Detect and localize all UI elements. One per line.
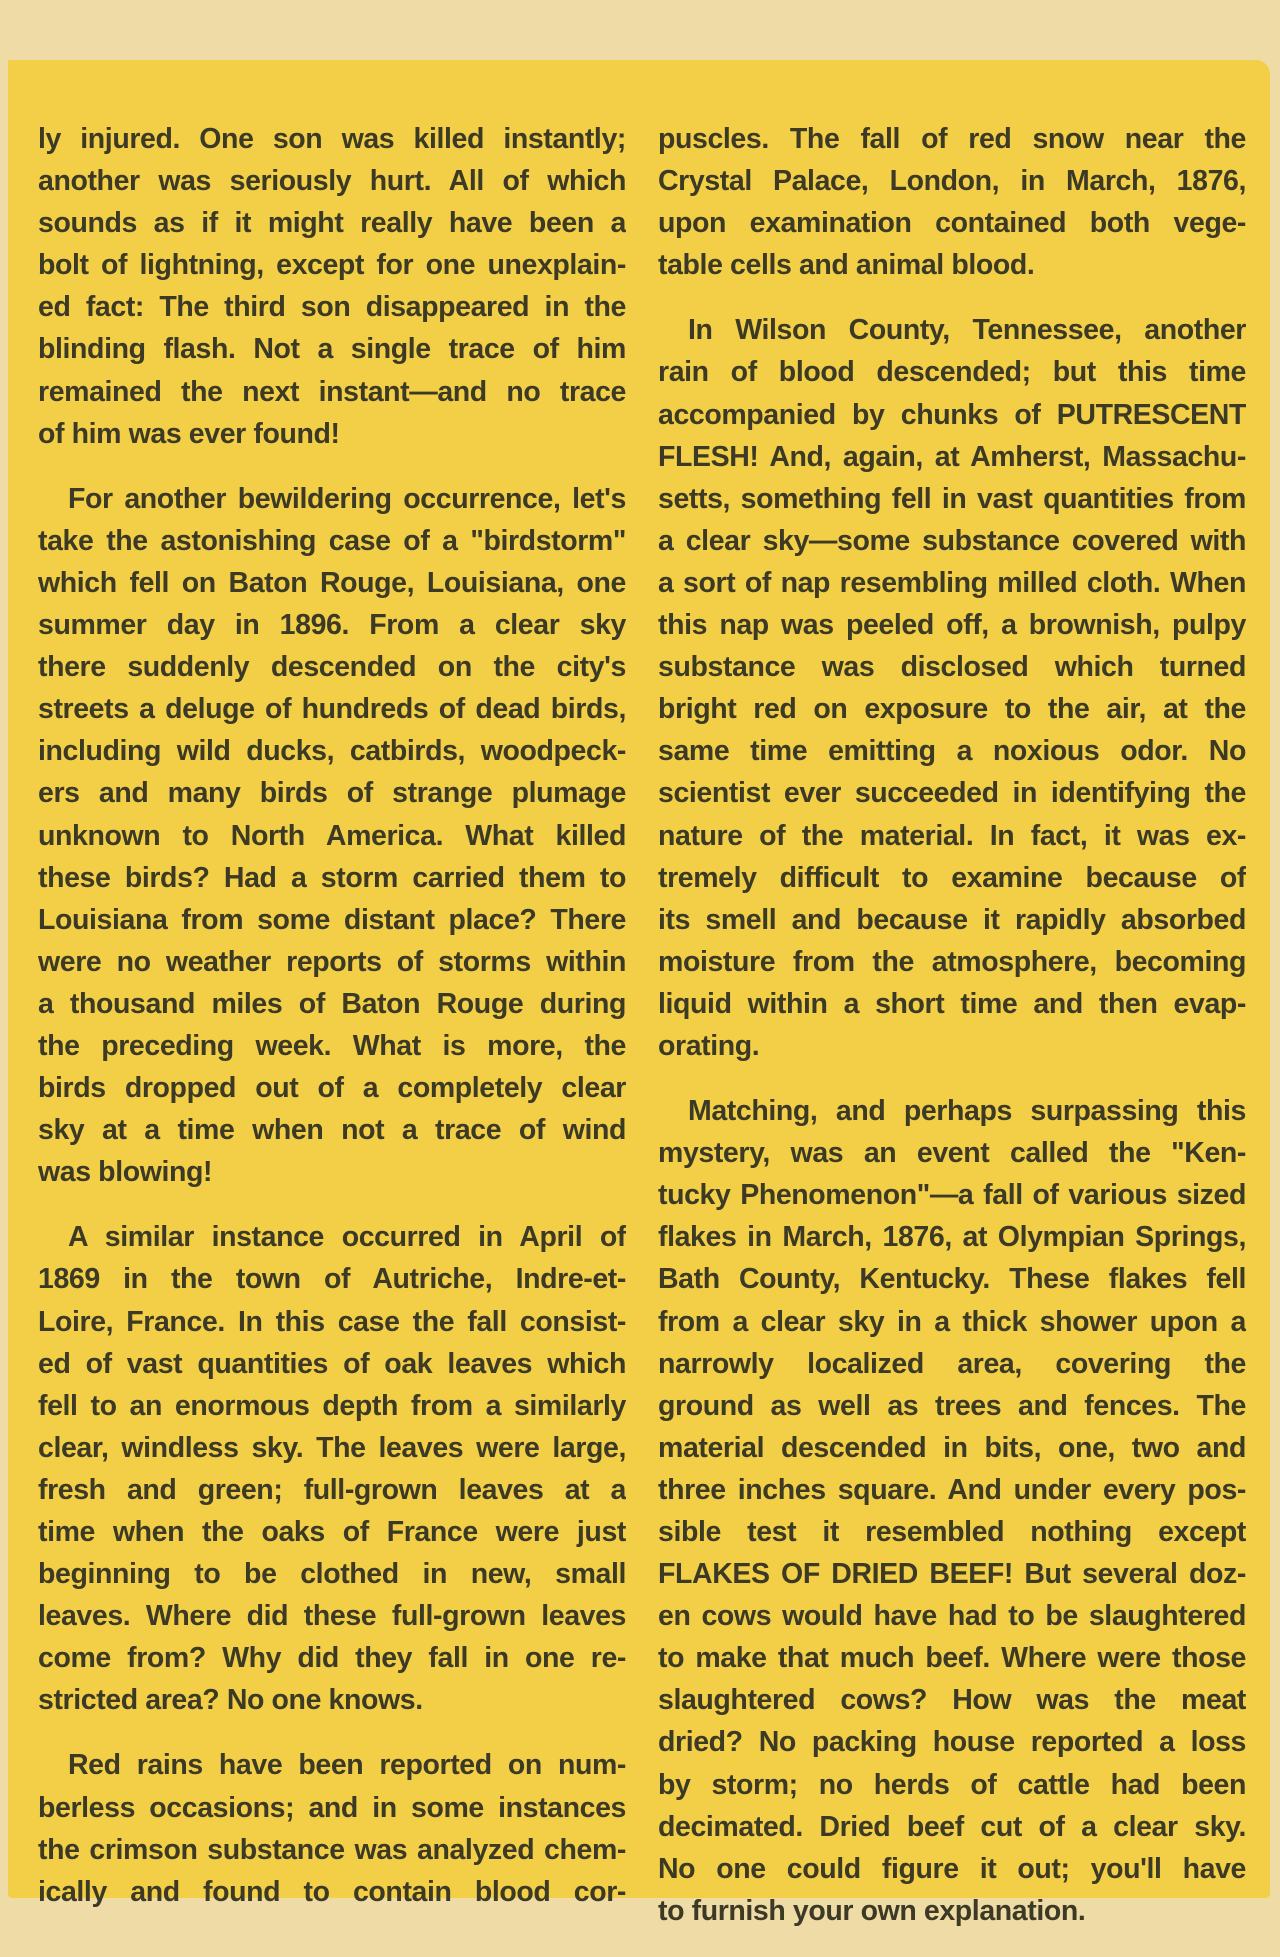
text-line: narrowly localized area, covering the — [658, 1343, 1246, 1385]
text-line: nature of the material. In fact, it was … — [658, 815, 1246, 857]
text-line: bolt of lightning, except for one unexpl… — [38, 244, 626, 286]
text-line: tremely difficult to examine because of — [658, 857, 1246, 899]
text-line: dried? No packing house reported a loss — [658, 1721, 1246, 1763]
text-line: Crystal Palace, London, in March, 1876, — [658, 160, 1246, 202]
article-paragraph: puscles. The fall of red snow near theCr… — [658, 118, 1246, 286]
text-line: fell to an enormous depth from a similar… — [38, 1385, 626, 1427]
text-line: the preceding week. What is more, the — [38, 1025, 626, 1067]
text-line: blinding flash. Not a single trace of hi… — [38, 328, 626, 370]
text-line: time when the oaks of France were just — [38, 1511, 626, 1553]
text-line: FLESH! And, again, at Amherst, Massachu- — [658, 436, 1246, 478]
text-line: substance was disclosed which turned — [658, 646, 1246, 688]
text-line: including wild ducks, catbirds, woodpeck… — [38, 730, 626, 772]
article-paragraph: ly injured. One son was killed instantly… — [38, 118, 626, 455]
text-line: liquid within a short time and then evap… — [658, 983, 1246, 1025]
text-line: take the astonishing case of a "birdstor… — [38, 520, 626, 562]
text-line: this nap was peeled off, a brownish, pul… — [658, 604, 1246, 646]
text-line: Bath County, Kentucky. These flakes fell — [658, 1258, 1246, 1300]
article-paragraph: Matching, and perhaps surpassing thismys… — [658, 1090, 1246, 1932]
article-panel: ly injured. One son was killed instantly… — [8, 60, 1270, 1898]
text-line: Matching, and perhaps surpassing this — [658, 1090, 1246, 1132]
text-line: a thousand miles of Baton Rouge during — [38, 983, 626, 1025]
text-line: tucky Phenomenon"—a fall of various size… — [658, 1174, 1246, 1216]
text-line: A similar instance occurred in April of — [38, 1216, 626, 1258]
text-line: the crimson substance was analyzed chem- — [38, 1829, 626, 1871]
text-line: upon examination contained both vege- — [658, 202, 1246, 244]
text-line: 1869 in the town of Autriche, Indre-et- — [38, 1258, 626, 1300]
text-line: clear, windless sky. The leaves were lar… — [38, 1427, 626, 1469]
left-column: ly injured. One son was killed instantly… — [38, 118, 626, 1936]
text-line: decimated. Dried beef cut of a clear sky… — [658, 1806, 1246, 1848]
text-line: to make that much beef. Where were those — [658, 1637, 1246, 1679]
text-line: its smell and because it rapidly absorbe… — [658, 899, 1246, 941]
text-line: was blowing! — [38, 1151, 626, 1193]
text-line: Red rains have been reported on num- — [38, 1744, 626, 1786]
text-line: FLAKES OF DRIED BEEF! But several doz- — [658, 1553, 1246, 1595]
text-line: same time emitting a noxious odor. No — [658, 730, 1246, 772]
text-line: ed of vast quantities of oak leaves whic… — [38, 1343, 626, 1385]
text-line: mystery, was an event called the "Ken- — [658, 1132, 1246, 1174]
text-line: by storm; no herds of cattle had been — [658, 1764, 1246, 1806]
text-line: remained the next instant—and no trace — [38, 371, 626, 413]
text-line: beginning to be clothed in new, small — [38, 1553, 626, 1595]
text-line: material descended in bits, one, two and — [658, 1427, 1246, 1469]
text-line: leaves. Where did these full-grown leave… — [38, 1595, 626, 1637]
text-line: were no weather reports of storms within — [38, 941, 626, 983]
text-line: summer day in 1896. From a clear sky — [38, 604, 626, 646]
text-line: three inches square. And under every pos… — [658, 1469, 1246, 1511]
text-line: ers and many birds of strange plumage — [38, 772, 626, 814]
text-line: Louisiana from some distant place? There — [38, 899, 626, 941]
text-line: which fell on Baton Rouge, Louisiana, on… — [38, 562, 626, 604]
text-line: another was seriously hurt. All of which — [38, 160, 626, 202]
article-paragraph: Red rains have been reported on num-berl… — [38, 1744, 626, 1912]
text-line: these birds? Had a storm carried them to — [38, 857, 626, 899]
text-line: No one could figure it out; you'll have — [658, 1848, 1246, 1890]
text-line: sounds as if it might really have been a — [38, 202, 626, 244]
text-line: streets a deluge of hundreds of dead bir… — [38, 688, 626, 730]
text-line: ed fact: The third son disappeared in th… — [38, 286, 626, 328]
text-line: en cows would have had to be slaughtered — [658, 1595, 1246, 1637]
text-line: accompanied by chunks of PUTRESCENT — [658, 394, 1246, 436]
text-line: rain of blood descended; but this time — [658, 351, 1246, 393]
text-line: orating. — [658, 1025, 1246, 1067]
text-line: scientist ever succeeded in identifying … — [658, 772, 1246, 814]
text-line: sky at a time when not a trace of wind — [38, 1109, 626, 1151]
text-line: In Wilson County, Tennessee, another — [658, 309, 1246, 351]
text-line: berless occasions; and in some instances — [38, 1787, 626, 1829]
text-line: fresh and green; full-grown leaves at a — [38, 1469, 626, 1511]
text-line: moisture from the atmosphere, becoming — [658, 941, 1246, 983]
text-line: of him was ever found! — [38, 413, 626, 455]
text-line: to furnish your own explanation. — [658, 1890, 1246, 1932]
text-line: bright red on exposure to the air, at th… — [658, 688, 1246, 730]
text-line: sible test it resembled nothing except — [658, 1511, 1246, 1553]
text-line: a clear sky—some substance covered with — [658, 520, 1246, 562]
text-line: table cells and animal blood. — [658, 244, 1246, 286]
right-column: puscles. The fall of red snow near theCr… — [658, 118, 1246, 1955]
text-line: come from? Why did they fall in one re- — [38, 1637, 626, 1679]
text-line: stricted area? No one knows. — [38, 1679, 626, 1721]
text-line: ly injured. One son was killed instantly… — [38, 118, 626, 160]
text-line: For another bewildering occurrence, let'… — [38, 478, 626, 520]
text-line: from a clear sky in a thick shower upon … — [658, 1301, 1246, 1343]
text-line: setts, something fell in vast quantities… — [658, 478, 1246, 520]
article-paragraph: In Wilson County, Tennessee, anotherrain… — [658, 309, 1246, 1067]
article-paragraph: For another bewildering occurrence, let'… — [38, 478, 626, 1194]
text-line: there suddenly descended on the city's — [38, 646, 626, 688]
text-line: birds dropped out of a completely clear — [38, 1067, 626, 1109]
text-line: unknown to North America. What killed — [38, 815, 626, 857]
text-line: slaughtered cows? How was the meat — [658, 1679, 1246, 1721]
text-line: puscles. The fall of red snow near the — [658, 118, 1246, 160]
text-line: flakes in March, 1876, at Olympian Sprin… — [658, 1216, 1246, 1258]
text-line: ically and found to contain blood cor- — [38, 1871, 626, 1913]
text-line: a sort of nap resembling milled cloth. W… — [658, 562, 1246, 604]
text-line: ground as well as trees and fences. The — [658, 1385, 1246, 1427]
article-paragraph: A similar instance occurred in April of1… — [38, 1216, 626, 1721]
text-line: Loire, France. In this case the fall con… — [38, 1301, 626, 1343]
